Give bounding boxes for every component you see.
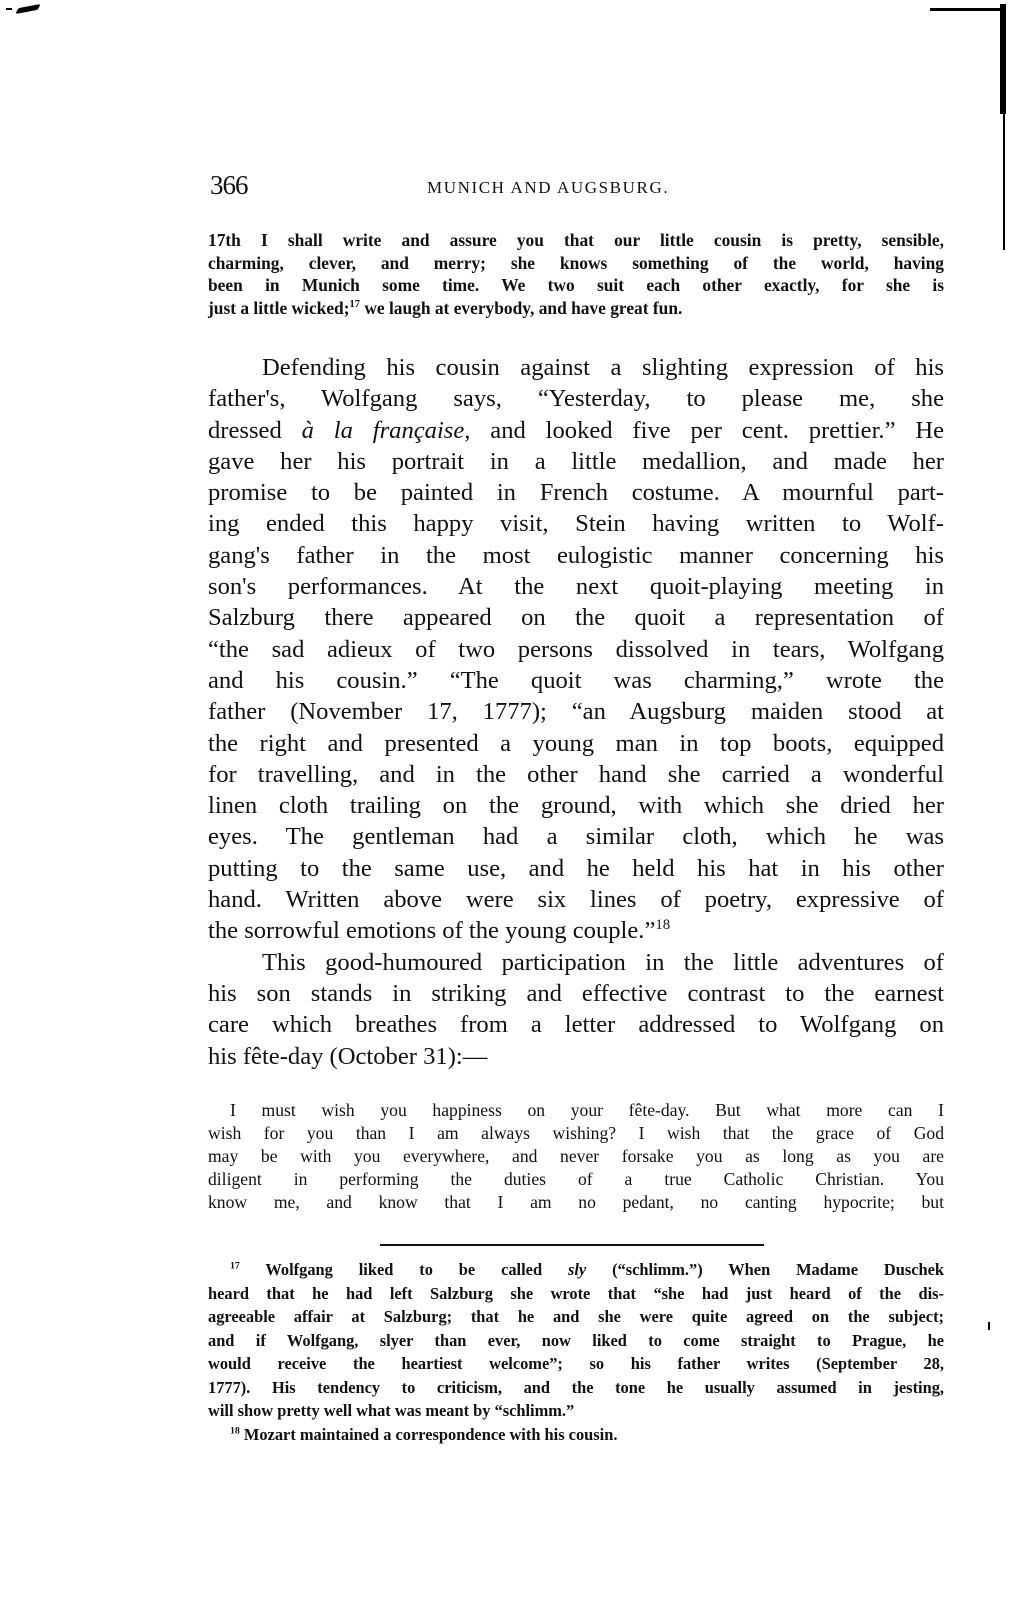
footnote-number: 17 xyxy=(230,1261,240,1272)
page-edge xyxy=(1003,110,1005,250)
text-line: would receive the heartiest welcome”; so… xyxy=(208,1352,944,1376)
text-line: and if Wolfgang, slyer than ever, now li… xyxy=(208,1329,944,1353)
text-line: 17th I shall write and assure you that o… xyxy=(208,229,944,252)
text-line: son's performances. At the next quoit-pl… xyxy=(208,571,944,602)
text-line: know me, and know that I am no pedant, n… xyxy=(208,1191,944,1214)
scan-speck xyxy=(988,1322,990,1330)
text-line: his fête-day (October 31):— xyxy=(208,1041,944,1072)
text-line: dressed à la française, and looked five … xyxy=(208,415,944,446)
text-line: agreeable affair at Salzburg; that he an… xyxy=(208,1305,944,1329)
paragraph-main: Defending his cousin against a slighting… xyxy=(208,352,944,1072)
text-span: (“schlimm.”) When Madame Duschek xyxy=(586,1260,944,1279)
opening-quote: 17th I shall write and assure you that o… xyxy=(208,229,944,319)
book-page: 366 MUNICH AND AUGSBURG. 17th I shall wr… xyxy=(0,0,1034,1600)
text-line: 1777). His tendency to criticism, and th… xyxy=(208,1376,944,1400)
text-line: eyes. The gentleman had a similar cloth,… xyxy=(208,821,944,852)
text-line: ing ended this happy visit, Stein having… xyxy=(208,508,944,539)
text-line: I must wish you happiness on your fête-d… xyxy=(208,1099,944,1122)
text-line: heard that he had left Salzburg she wrot… xyxy=(208,1282,944,1306)
text-line: his son stands in striking and effective… xyxy=(208,978,944,1009)
text-line: Salzburg there appeared on the quoit a r… xyxy=(208,602,944,633)
footnote-18: 18 Mozart maintained a correspondence wi… xyxy=(208,1423,944,1447)
text-line: and his cousin.” “The quoit was charming… xyxy=(208,665,944,696)
footnote-number: 18 xyxy=(230,1425,240,1436)
text-line: This good-humoured participation in the … xyxy=(208,947,944,978)
text-line: charming, clever, and merry; she knows s… xyxy=(208,252,944,275)
text-span: the sorrowful emotions of the young coup… xyxy=(208,917,655,944)
letter-quote: I must wish you happiness on your fête-d… xyxy=(208,1099,944,1214)
italic-word: sly xyxy=(568,1260,586,1279)
text-span: Wolfgang liked to be called xyxy=(240,1260,568,1279)
text-line: the sorrowful emotions of the young coup… xyxy=(208,915,944,946)
text-line: father (November 17, 1777); “an Augsburg… xyxy=(208,696,944,727)
page-edge xyxy=(1000,4,1006,114)
text-line: the right and presented a young man in t… xyxy=(208,728,944,759)
scan-mark xyxy=(15,4,40,14)
running-title: MUNICH AND AUGSBURG. xyxy=(427,178,669,198)
text-line: gang's father in the most eulogistic man… xyxy=(208,540,944,571)
page-number: 366 xyxy=(210,170,248,201)
text-line: care which breathes from a letter addres… xyxy=(208,1009,944,1040)
text-span: and looked five per cent. prettier.” He xyxy=(470,417,944,444)
italic-phrase: à la française, xyxy=(302,417,471,444)
text-span: we laugh at everybody, and have great fu… xyxy=(360,298,682,318)
footnote-17: 17 Wolfgang liked to be called sly (“sch… xyxy=(208,1258,944,1282)
text-line: will show pretty well what was meant by … xyxy=(208,1399,944,1423)
text-span: dressed xyxy=(208,417,302,444)
text-line: just a little wicked;17 we laugh at ever… xyxy=(208,297,944,320)
scan-mark xyxy=(6,8,12,10)
text-line: may be with you everywhere, and never fo… xyxy=(208,1145,944,1168)
text-line: Defending his cousin against a slighting… xyxy=(208,352,944,383)
text-line: hand. Written above were six lines of po… xyxy=(208,884,944,915)
text-line: “the sad adieux of two persons dissolved… xyxy=(208,634,944,665)
text-span: Mozart maintained a correspondence with … xyxy=(240,1425,618,1444)
footnotes: 17 Wolfgang liked to be called sly (“sch… xyxy=(208,1258,944,1446)
text-line: diligent in performing the duties of a t… xyxy=(208,1168,944,1191)
text-line: gave her his portrait in a little medall… xyxy=(208,446,944,477)
text-line: been in Munich some time. We two suit ea… xyxy=(208,274,944,297)
text-line: for travelling, and in the other hand sh… xyxy=(208,759,944,790)
text-line: linen cloth trailing on the ground, with… xyxy=(208,790,944,821)
footnote-divider xyxy=(380,1244,764,1246)
footnote-ref-17[interactable]: 17 xyxy=(350,299,360,310)
page-edge xyxy=(930,8,1000,11)
text-line: promise to be painted in French costume.… xyxy=(208,477,944,508)
text-line: wish for you than I am always wishing? I… xyxy=(208,1122,944,1145)
text-line: putting to the same use, and he held his… xyxy=(208,853,944,884)
text-line: father's, Wolfgang says, “Yesterday, to … xyxy=(208,383,944,414)
running-header: 366 MUNICH AND AUGSBURG. xyxy=(210,170,950,206)
footnote-ref-18[interactable]: 18 xyxy=(655,917,670,933)
text-span: just a little wicked; xyxy=(208,298,350,318)
